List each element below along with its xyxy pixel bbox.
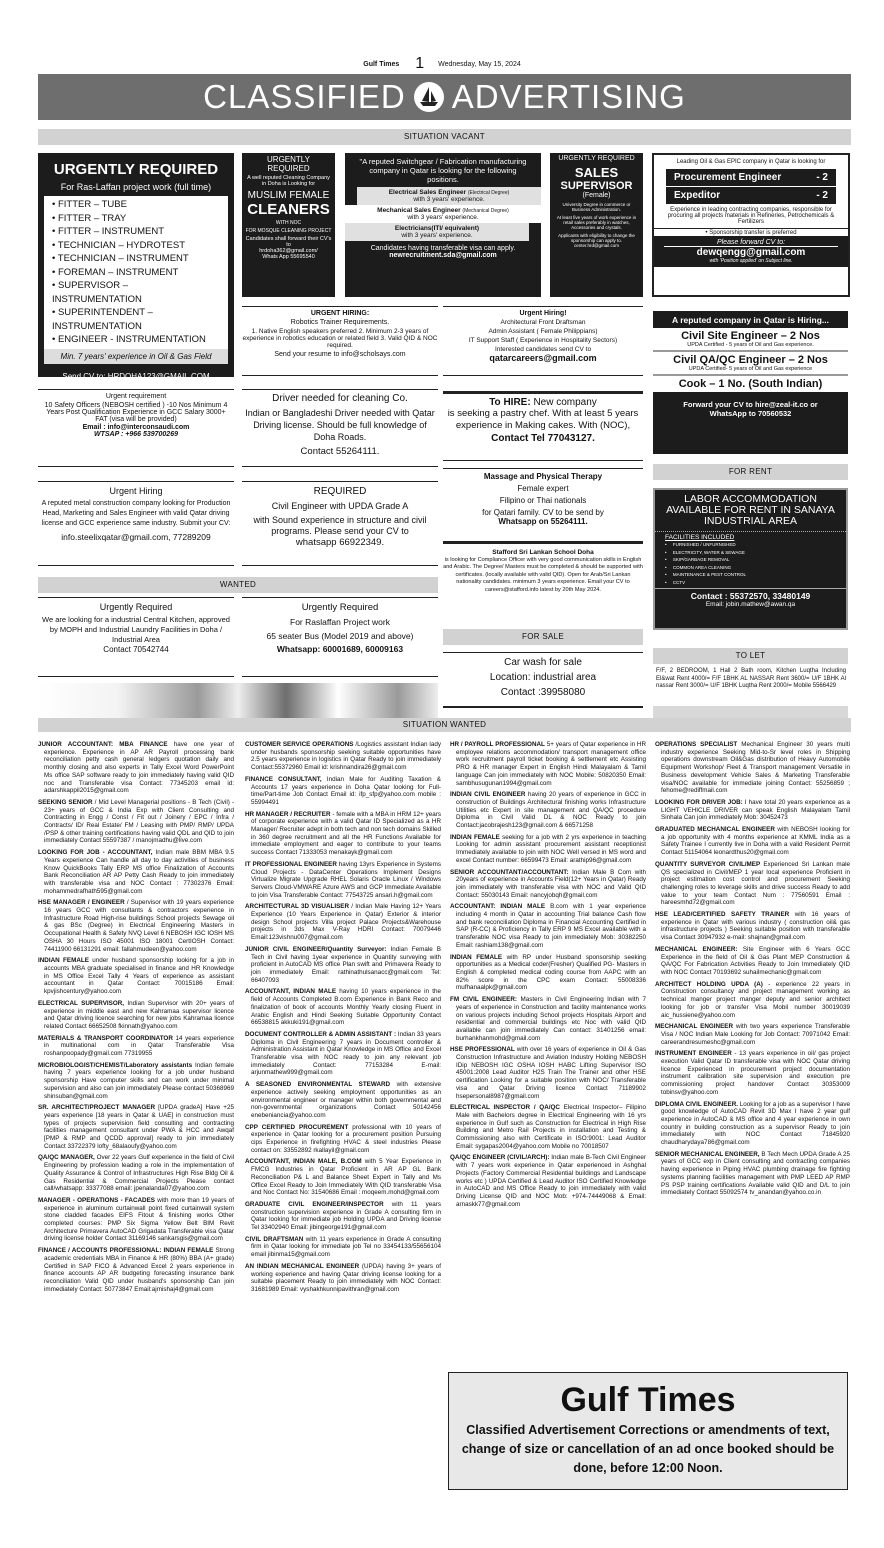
- listing-body: B.com with 1 year experience including 4…: [456, 903, 646, 949]
- role-name: Expeditor: [674, 190, 720, 201]
- listing-heading: MECHANICAL ENGINEER: [655, 1023, 733, 1030]
- ad-title: Urgent Hiring: [38, 486, 234, 496]
- classified-listing: FINANCE CONSULTANT, Indian Male for Audi…: [245, 776, 441, 807]
- requirement: Applicants with eligibility to change th…: [553, 233, 640, 248]
- ad-reputed-company-hiring: A reputed company in Qatar is Hiring... …: [653, 311, 848, 454]
- listing-body: Electrical Inspector– Filipino Male with…: [456, 1104, 646, 1150]
- ad-title-lead: To HIRE:: [489, 397, 530, 408]
- facility-item: • MAINTENANCE & PEST CONTROL: [665, 571, 846, 579]
- facility-item: • FURNISHED / UNFURNISHED: [665, 541, 846, 549]
- position-experience: with 3 years' experience.: [359, 196, 539, 203]
- position-role: Mechanical Sales Engineer: [377, 207, 460, 214]
- classified-listing: ELECTRICAL INSPECTOR / QA/QC Electrical …: [450, 1104, 646, 1150]
- ad-location: Location: industrial area: [443, 672, 643, 683]
- situation-wanted-column-3: HR / PAYROLL PROFESSIONAL 5+ years of Qa…: [450, 741, 646, 1212]
- classified-listing: INDIAN CIVIL ENGINEER having 20 years of…: [450, 791, 646, 830]
- listing-heading: MATERIALS & TRANSPORT COORDINATOR: [38, 1035, 173, 1042]
- classified-listing: HSE MANAGER / ENGINEER / Supervisor with…: [38, 899, 234, 953]
- ad-body: F/F, 2 BEDROOM, 1 Hall 2 Bath room, Kitc…: [656, 668, 846, 689]
- role-row: Cook – 1 No. (South Indian): [653, 376, 848, 392]
- listing-heading: HSE LEAD/CERTIFIED SAFETY TRAINER: [655, 911, 789, 918]
- ad-body: We are looking for a industrial Central …: [38, 615, 234, 645]
- ad-body: A reputed metal construction company loo…: [38, 499, 234, 529]
- ad-title: REQUIRED: [242, 486, 438, 497]
- classified-listing: SENIOR MECHANICAL ENGINEER, B Tech Mech …: [655, 1151, 850, 1197]
- role-desc: UPDA Certified - 5 years of Oil and Gas …: [653, 342, 848, 348]
- ad-car-wash: Car wash for sale Location: industrial a…: [443, 652, 643, 708]
- ad-header: A reputed company in Qatar is Hiring...: [653, 311, 848, 328]
- listing-body: Strong academic credentials MBA in Finan…: [44, 1247, 234, 1293]
- classified-listing: JUNIOR CIVIL ENGINEER/Quantity Surveyor:…: [245, 946, 441, 985]
- listing-heading: HR / PAYROLL PROFESSIONAL: [450, 741, 545, 748]
- ad-body: Indian or Bangladeshi Driver needed with…: [242, 407, 438, 443]
- ad-to-let: F/F, 2 BEDROOM, 1 Hall 2 Bath room, Kitc…: [656, 668, 846, 691]
- ad-subtitle: Robotics Trainer Requirements.: [242, 319, 438, 326]
- classified-listing: GRADUATE CIVIL ENGINEER/INSPECTOR with 1…: [245, 1201, 441, 1232]
- ad-title: URGENTLY REQUIRED: [553, 155, 640, 162]
- ad-contact: Contact 55264111.: [242, 446, 438, 457]
- role-line-2: CLEANERS: [245, 201, 332, 218]
- situation-wanted-column-2: CUSTOMER SERVICE OPERATIONS /Logistics a…: [245, 741, 441, 1298]
- ad-line: for Qatari family. CV to be send by: [443, 508, 643, 517]
- position-row: Mechanical Sales Engineer (Mechanical De…: [345, 205, 541, 223]
- ad-civil-engineer-upda: REQUIRED Civil Engineer with UPDA Grade …: [242, 481, 438, 566]
- ad-sales-supervisor: URGENTLY REQUIRED SALES SUPERVISOR (Fema…: [550, 153, 643, 297]
- classified-listing: DOCUMENT CONTROLLER & ADMIN ASSISTANT : …: [245, 1031, 441, 1077]
- classified-listing: ARCHITECTURAL 3D VISUALISER / Indian Mal…: [245, 903, 441, 942]
- ad-title: URGENTLY REQUIRED: [38, 161, 234, 178]
- ad-driver-cleaning: Driver needed for cleaning Co. Indian or…: [242, 389, 438, 467]
- ad-epc-oil-gas: Leading Oil & Gas EPIC company in Qatar …: [652, 153, 850, 297]
- position-item: • SUPERINTENDENT – INSTRUMENTATION: [52, 306, 220, 333]
- listing-body: Experienced Sri Lankan male QS specializ…: [661, 861, 850, 907]
- ad-title: Stafford Sri Lankan School Doha: [443, 549, 643, 556]
- ad-contact: Contact 70542744: [38, 645, 234, 654]
- role-name: Civil QA/QC Engineer – 2 Nos: [653, 354, 848, 366]
- listing-heading: ELECTRICAL SUPERVISOR,: [38, 1000, 124, 1007]
- listing-heading: FINANCE / ACCOUNTS PROFESSIONAL: INDIAN …: [38, 1247, 213, 1254]
- gulf-times-notice: Gulf Times Classified Advertisement Corr…: [448, 1372, 848, 1490]
- classified-listing: INDIAN FEMALE under husband sponsorship …: [38, 957, 234, 996]
- ad-massage-therapy: Massage and Physical Therapy Female expe…: [443, 468, 643, 544]
- ad-line: For Raslaffan Project work: [242, 617, 438, 627]
- contact-email: newrecruitment.sda@gmail.com: [345, 252, 541, 259]
- classified-listing: ACCOUNTANT, INDIAN MALE, B.COM with 5 Ye…: [245, 1158, 441, 1197]
- listing-heading: ARCHITECT HOLDING UPDA (A): [655, 981, 763, 988]
- listing-heading: QUANTITY SURVEYOR CIVIL/MEP: [655, 861, 760, 868]
- subject-note: with 'Position applied' on Subject line.: [656, 258, 846, 264]
- ad-title: LABOR ACCOMMODATION AVAILABLE FOR RENT I…: [655, 490, 846, 532]
- position-row: Electrical Sales Engineer (Electrical De…: [357, 187, 541, 205]
- listing-heading: HSE PROFESSIONAL: [450, 1046, 515, 1053]
- ad-title: Driver needed for cleaning Co.: [242, 393, 438, 404]
- listing-heading: FINANCE CONSULTANT,: [245, 776, 322, 783]
- classified-listing: INSTRUMENT ENGINEER - 13 years experienc…: [655, 1050, 850, 1096]
- ad-contact: Contact Tel 77043127.: [443, 433, 643, 444]
- ad-contact: whatsapp 66922349.: [242, 537, 438, 548]
- masthead: Gulf Times 1 Wednesday, May 15, 2024: [0, 55, 884, 73]
- position-item: • FITTER – TUBE: [52, 198, 220, 212]
- facilities-title: FACILITIES INCLUDED: [655, 534, 846, 541]
- listing-heading: JUNIOR ACCOUNTANT: MBA FINANCE: [38, 741, 168, 748]
- listing-heading: CIVIL DRAFTSMAN: [245, 1236, 303, 1243]
- role-desc: UPDA Certified- 5 years of Oil and Gas e…: [653, 366, 848, 372]
- position-experience: with 3 years' experience.: [347, 214, 539, 221]
- whatsapp-contact: WTSAP : +966 539700269: [38, 431, 234, 438]
- ad-intro: "A reputed Switchgear / Fabrication manu…: [345, 153, 541, 187]
- classified-listing: IT PROFESSIONAL ENGINEER having 13yrs Ex…: [245, 861, 441, 900]
- facility-item: • COMMON AREA CLEANING: [665, 564, 846, 572]
- listing-heading: A SEASONED ENVIRONMENTAL STEWARD: [245, 1081, 390, 1088]
- role-line-2: SUPERVISOR: [553, 180, 640, 192]
- listing-heading: DIPLOMA CIVIL ENGINEER.: [655, 1101, 738, 1108]
- listing-body: Mechanical Engineer 30 years multi indus…: [661, 741, 850, 794]
- situation-wanted-column-4: OPERATIONS SPECIALIST Mechanical Enginee…: [655, 741, 850, 1201]
- position-item: • FOREMAN – INSTRUMENT: [52, 266, 220, 280]
- listing-body: 5+ years of Qatar experience in HR emplo…: [456, 741, 646, 787]
- classified-listing: JUNIOR ACCOUNTANT: MBA FINANCE have one …: [38, 741, 234, 795]
- classified-listing: HSE LEAD/CERTIFIED SAFETY TRAINER with 1…: [655, 911, 850, 942]
- listing-heading: LOOKING FOR DRIVER JOB:: [655, 799, 743, 806]
- role-name: Cook – 1 No. (South Indian): [653, 378, 848, 390]
- classified-listing: LOOKING FOR DRIVER JOB: I have total 20 …: [655, 799, 850, 822]
- classified-listing: INDIAN FEMALE seeking for a job with 2 y…: [450, 834, 646, 865]
- ad-contact: Whatsapp: 60001689, 60009163: [242, 644, 438, 654]
- classified-listing: AN INDIAN MECHANICAL ENGINEER (UPDA) hav…: [245, 1263, 441, 1294]
- listing-body: - 13 years experience in oil/ gas projec…: [661, 1050, 850, 1096]
- listing-body: Indian male B-Tech Civil Engineer with 7…: [456, 1154, 646, 1207]
- whatsapp-contact: Whats App 55695540: [245, 254, 332, 260]
- position-role: Electrical Sales Engineer: [389, 189, 466, 196]
- ad-contact: Send your resume to info@scholsays.com: [242, 351, 438, 358]
- ad-robotics-trainer: URGENT HIRING: Robotics Trainer Requirem…: [242, 306, 438, 376]
- ad-title-rest: New company: [531, 397, 597, 408]
- ad-title: URGENT HIRING:: [242, 310, 438, 317]
- position-item: • ENGINEER - INSTRUMENTATION: [52, 333, 220, 347]
- position-list: • FITTER – TUBE • FITTER – TRAY • FITTER…: [44, 196, 228, 349]
- classified-listing: SR. ARCHITECT/PROJECT MANAGER [UPDA grad…: [38, 1104, 234, 1150]
- listing-heading: FM CIVIL ENGINEER:: [450, 996, 517, 1003]
- decorative-gray-block: [653, 706, 848, 718]
- classified-listing: FM CIVIL ENGINEER: Masters in Civil Engi…: [450, 996, 646, 1042]
- ad-muslim-female-cleaners: URGENTLY REQUIRED A well reputed Cleanin…: [242, 153, 335, 297]
- listing-body: / Supervisor with 19 years experience 16…: [44, 899, 234, 952]
- section-header-situation-vacant: SITUATION VACANT: [38, 129, 851, 145]
- ad-contact: info.steelixqatar@gmail.com, 77289209: [38, 532, 234, 542]
- ad-intro: A well reputed Cleaning Company in Doha …: [245, 175, 332, 187]
- listing-body: Indian male BBM MBA 9.5 Years experience…: [44, 849, 234, 895]
- contact-email: Email : info@interconsaudi.com: [38, 424, 234, 431]
- issue-date: Wednesday, May 15, 2024: [438, 61, 521, 68]
- visa-note: Candidates having transferable visa can …: [345, 245, 541, 252]
- ad-title: Car wash for sale: [443, 657, 643, 668]
- ad-raslaffan-bus: Urgently Required For Raslaffan Project …: [242, 597, 438, 677]
- section-header-for-rent: FOR RENT: [653, 464, 848, 480]
- position-item: • FITTER – TRAY: [52, 212, 220, 226]
- role-line-1: MUSLIM FEMALE: [245, 190, 332, 201]
- listing-heading: ACCOUNTANT, INDIAN MALE, B.COM: [245, 1158, 362, 1165]
- position-item: • TECHNICIAN – HYDROTEST: [52, 239, 220, 253]
- listing-heading: INDIAN CIVIL ENGINEER: [450, 791, 525, 798]
- role-row: Expeditor- 2: [666, 187, 836, 204]
- ad-stafford-school: Stafford Sri Lankan School Doha is looki…: [443, 547, 643, 617]
- notice-title: Gulf Times: [449, 1381, 847, 1419]
- listing-heading: HSE MANAGER / ENGINEER: [38, 899, 125, 906]
- ad-contact: Forward your CV to hire@zeal-it.co or Wh…: [653, 392, 848, 418]
- classified-listing: SEEKING SENIOR / Mid Level Managerial po…: [38, 799, 234, 845]
- section-header-wanted: WANTED: [38, 577, 438, 593]
- listing-heading: CPP CERTIFIED PROCUREMENT: [245, 1124, 348, 1131]
- classified-listing: MECHANICAL ENGINEER with two years exper…: [655, 1023, 850, 1046]
- cv-forward: Please forward CV to: dewqengg@gmail.com…: [654, 236, 848, 267]
- ad-line: 65 seater Bus (Model 2019 and above): [242, 631, 438, 641]
- classified-listing: INDIAN FEMALE with RP under Husband spon…: [450, 954, 646, 993]
- ad-contact: Contact : 55372570, 33480149: [655, 588, 846, 601]
- ad-title: Urgently Required: [242, 602, 438, 613]
- listing-heading: QA/QC MANAGER,: [38, 1154, 95, 1161]
- role-row: Procurement Engineer- 2: [666, 169, 836, 186]
- ad-line: Female expert: [443, 484, 643, 493]
- listing-heading: GRADUATE CIVIL ENGINEER/INSPECTOR: [245, 1201, 384, 1208]
- ad-metal-construction: Urgent Hiring A reputed metal constructi…: [38, 481, 234, 566]
- classified-listing: GRADUATED MECHANICAL ENGINEER with NEBOS…: [655, 826, 850, 857]
- listing-heading: ELECTRICAL INSPECTOR / QA/QC: [450, 1104, 560, 1111]
- ad-title: Massage and Physical Therapy: [443, 472, 643, 481]
- listing-body: Indian 33 years Diploma in Civil Enginee…: [251, 1031, 441, 1077]
- ad-title: Urgent Hiring!: [443, 310, 643, 317]
- banner-right-text: ADVERTISING: [452, 78, 686, 116]
- listing-body: / Mid Level Managerial positions - B Tec…: [44, 799, 234, 845]
- classified-listing: FINANCE / ACCOUNTS PROFESSIONAL: INDIAN …: [38, 1247, 234, 1293]
- ad-contact: Whatsapp on 55264111.: [443, 517, 643, 526]
- role-row: Civil QA/QC Engineer – 2 NosUPDA Certifi…: [653, 352, 848, 376]
- classified-listing: ACCOUNTANT, INDIAN MALE having 10 years …: [245, 988, 441, 1027]
- decorative-gradient-bar: [38, 683, 438, 719]
- listing-heading: MICROBIOLOGIST/CHEMIST/Laboratory assist…: [38, 1062, 192, 1069]
- listing-heading: ACCOUNTANT, INDIAN MALE: [245, 988, 336, 995]
- cv-email: Send CV to: HRDOHA123@GMAIL.COM: [38, 372, 234, 381]
- position-item: • TECHNICIAN – INSTRUMENT: [52, 252, 220, 266]
- forward-note: Candidates shall forward their CV's to: [245, 236, 332, 248]
- listing-heading: INSTRUMENT ENGINEER: [655, 1050, 732, 1057]
- classified-listing: MANAGER - OPERATIONS - FACADES with more…: [38, 1197, 234, 1243]
- classified-listing: CIVIL DRAFTSMAN with 11 years experience…: [245, 1236, 441, 1259]
- ad-body: 1. Native English speakers preferred 2. …: [242, 328, 438, 349]
- listing-heading: SENIOR MECHANICAL ENGINEER,: [655, 1151, 760, 1158]
- ad-labor-accommodation: LABOR ACCOMMODATION AVAILABLE FOR RENT I…: [653, 488, 848, 630]
- classified-listing: HR / PAYROLL PROFESSIONAL 5+ years of Qa…: [450, 741, 646, 787]
- listing-body: [UPDA gradeA] Have +25 years experience …: [44, 1104, 234, 1150]
- ad-title: URGENTLY REQUIRED: [245, 155, 332, 173]
- experience-note: Min. 7 years' experience in Oil & Gas Fi…: [44, 349, 228, 364]
- listing-heading: JUNIOR CIVIL ENGINEER/Quantity Surveyor:: [245, 946, 387, 953]
- contact-email: qatarcareers@gmail.com: [443, 353, 643, 363]
- classified-listing: MECHANICAL ENGINEER: Site Engineer with …: [655, 946, 850, 977]
- ad-title: Urgently Required: [38, 602, 234, 612]
- ad-line: Interested candidates send CV to: [443, 346, 643, 353]
- section-header-for-sale: FOR SALE: [443, 629, 643, 645]
- requirement: University Degree in commerce or Busines…: [553, 202, 640, 212]
- facility-item: • CCTV: [665, 579, 846, 587]
- role-description: Experience in leading contracting compan…: [658, 207, 844, 225]
- listing-heading: LOOKING FOR JOB - ACCOUNTANT,: [38, 849, 153, 856]
- classified-listing: MICROBIOLOGIST/CHEMIST/Laboratory assist…: [38, 1062, 234, 1101]
- ad-intro: Leading Oil & Gas EPIC company in Qatar …: [654, 159, 848, 165]
- classified-listing: SENIOR ACCOUNTANT/ACCOUNTANT: Indian Mal…: [450, 869, 646, 900]
- classified-listing: LOOKING FOR JOB - ACCOUNTANT, Indian mal…: [38, 849, 234, 895]
- role-row: Civil Site Engineer – 2 NosUPDA Certifie…: [653, 328, 848, 352]
- gender: (Female): [553, 192, 640, 199]
- ad-body: 10 Safety Officers (NEBOSH certified ) -…: [38, 402, 234, 423]
- classified-listing: HSE PROFESSIONAL with over 16 years of e…: [450, 1046, 646, 1100]
- listing-heading: HR MANAGER / RECRUITER: [245, 811, 331, 818]
- listing-body: B Tech Mech UPDA Grade A 25 years of GCC…: [661, 1151, 850, 1197]
- classified-listing: A SEASONED ENVIRONMENTAL STEWARD with ex…: [245, 1081, 441, 1120]
- listing-body: - female with a MBA in HRM 12+ years of …: [251, 811, 441, 857]
- ad-central-kitchen: Urgently Required We are looking for a i…: [38, 597, 234, 677]
- position-role: Electricians(ITI/ equivalent): [395, 225, 479, 232]
- listing-body: Looking for a job as a supervisor I have…: [661, 1101, 850, 1147]
- role-name: Procurement Engineer: [674, 172, 781, 183]
- classified-listing: QA/QC MANAGER, Over 22 years Gulf experi…: [38, 1154, 234, 1193]
- notice-body: Classified Advertisement Corrections or …: [449, 1419, 847, 1478]
- ad-title: To HIRE: New company: [443, 397, 643, 408]
- listing-heading: MECHANICAL ENGINEER:: [655, 946, 738, 953]
- listing-heading: SENIOR ACCOUNTANT/ACCOUNTANT:: [450, 869, 569, 876]
- ad-pastry-chef: To HIRE: New company is seeking a pastry…: [443, 391, 643, 461]
- banner-left-text: CLASSIFIED: [203, 78, 406, 116]
- ad-line: Architectural Front Draftsman: [443, 319, 643, 326]
- listing-heading: AN INDIAN MECHANICAL ENGINEER: [245, 1263, 359, 1270]
- classified-listing: ACCOUNTANT: INDIAN MALE B.com with 1 yea…: [450, 903, 646, 949]
- role-count: - 2: [816, 190, 828, 201]
- sponsorship-note: • Sponsorship transfer is preferred: [654, 228, 848, 236]
- classified-listing: ELECTRICAL SUPERVISOR, Indian Supervisor…: [38, 1000, 234, 1031]
- role-line-1: SALES: [553, 165, 640, 180]
- classified-listing: CPP CERTIFIED PROCUREMENT professional w…: [245, 1124, 441, 1155]
- ad-line: Admin Assistant ( Female Philippians): [443, 328, 643, 335]
- ad-switchgear-fabrication: "A reputed Switchgear / Fabrication manu…: [345, 153, 541, 297]
- classified-listing: QUANTITY SURVEYOR CIVIL/MEP Experienced …: [655, 861, 850, 907]
- ad-body: is seeking a pastry chef. With at least …: [443, 408, 643, 431]
- classified-listing: DIPLOMA CIVIL ENGINEER. Looking for a jo…: [655, 1101, 850, 1147]
- listing-heading: INDIAN FEMALE: [38, 957, 89, 964]
- listing-body: have one year of experience. Experience …: [44, 741, 234, 794]
- classified-listing: HR MANAGER / RECRUITER - female with a M…: [245, 811, 441, 857]
- facility-item: • ELECTRICITY, WATER & SEWAGE: [665, 549, 846, 557]
- listing-heading: QA/QC ENGINEER (CIVIL/ARCH):: [450, 1154, 549, 1161]
- facilities-list: • FURNISHED / UNFURNISHED • ELECTRICITY,…: [655, 541, 846, 586]
- listing-heading: INDIAN FEMALE: [450, 834, 500, 841]
- position-row: Electricians(ITI/ equivalent)with 3 year…: [345, 223, 529, 241]
- position-item: • FITTER – INSTRUMENT: [52, 225, 220, 239]
- contact-email: dewqengg@gmail.com: [656, 247, 846, 258]
- dhow-boat-icon: [414, 82, 444, 112]
- position-item: • SUPERVISOR – INSTRUMENTATION: [52, 279, 220, 306]
- listing-heading: ARCHITECTURAL 3D VISUALISER: [245, 903, 349, 910]
- ad-line: Filipino or Thai nationals: [443, 496, 643, 505]
- classified-banner: CLASSIFIED ADVERTISING: [38, 74, 851, 120]
- classified-listing: ARCHITECT HOLDING UPDA (A) - experience …: [655, 981, 850, 1020]
- ad-subtitle: For Ras-Laffan project work (full time): [38, 182, 234, 192]
- listing-heading: ACCOUNTANT: INDIAN MALE: [450, 903, 545, 910]
- section-header-situation-wanted: SITUATION WANTED: [38, 718, 851, 732]
- listing-heading: MANAGER - OPERATIONS - FACADES: [38, 1197, 155, 1204]
- listing-body: Masters in Civil Engineering Indian with…: [456, 996, 646, 1042]
- classified-listing: OPERATIONS SPECIALIST Mechanical Enginee…: [655, 741, 850, 795]
- forward-label: Please forward CV to:: [664, 239, 838, 247]
- ad-line: IT Support Staff ( Experience in Hospita…: [443, 337, 643, 344]
- ad-architectural-draftsman: Urgent Hiring! Architectural Front Draft…: [443, 306, 643, 376]
- listing-heading: SEEKING SENIOR: [38, 799, 93, 806]
- position-experience: with 3 years' experience.: [347, 232, 527, 239]
- listing-heading: SR. ARCHITECT/PROJECT MANAGER: [38, 1104, 155, 1111]
- facility-item: • SKIP/GARBAGE REMOVAL: [665, 556, 846, 564]
- listing-heading: DOCUMENT CONTROLLER & ADMIN ASSISTANT :: [245, 1031, 396, 1038]
- listing-body: with over 16 years of experience in Oil …: [456, 1046, 646, 1099]
- ad-body: with Sound experience in structure and c…: [242, 515, 438, 537]
- role-name: Civil Site Engineer – 2 Nos: [653, 330, 848, 342]
- ad-safety-officers: Urgent requirement 10 Safety Officers (N…: [38, 389, 234, 467]
- project-note: FOR MOSQUE CLEANING PROJECT: [245, 228, 332, 234]
- ad-contact: Contact :39958080: [443, 687, 643, 698]
- listing-heading: IT PROFESSIONAL ENGINEER: [245, 861, 337, 868]
- ad-title: Urgent requirement: [38, 393, 234, 400]
- ad-urgently-required-raslaffan: URGENTLY REQUIRED For Ras-Laffan project…: [38, 153, 234, 377]
- listing-heading: CUSTOMER SERVICE OPERATIONS: [245, 741, 353, 748]
- listing-heading: OPERATIONS SPECIALIST: [655, 741, 737, 748]
- publication-name: Gulf Times: [363, 61, 399, 68]
- role-count: - 2: [816, 172, 828, 183]
- noc-note: WITH NOC: [245, 220, 332, 226]
- situation-wanted-column-1: JUNIOR ACCOUNTANT: MBA FINANCE have one …: [38, 741, 234, 1297]
- listing-heading: INDIAN FEMALE: [450, 954, 502, 961]
- classified-listing: MATERIALS & TRANSPORT COORDINATOR 14 yea…: [38, 1035, 234, 1058]
- classified-listing: CUSTOMER SERVICE OPERATIONS /Logistics a…: [245, 741, 441, 772]
- listing-heading: GRADUATED MECHANICAL ENGINEER: [655, 826, 775, 833]
- ad-line: Civil Engineer with UPDA Grade A: [242, 501, 438, 511]
- contact-email: Email: jobin.mathew@awan.qa: [655, 601, 846, 608]
- section-header-to-let: TO LET: [653, 648, 848, 664]
- requirement: At least five years of work experience i…: [553, 215, 640, 230]
- classified-listing: QA/QC ENGINEER (CIVIL/ARCH): Indian male…: [450, 1154, 646, 1208]
- listing-body: with more than 19 years of experience in…: [44, 1197, 234, 1243]
- ad-body: is looking for Compliance Officer with v…: [443, 557, 643, 594]
- page-number: 1: [415, 55, 424, 72]
